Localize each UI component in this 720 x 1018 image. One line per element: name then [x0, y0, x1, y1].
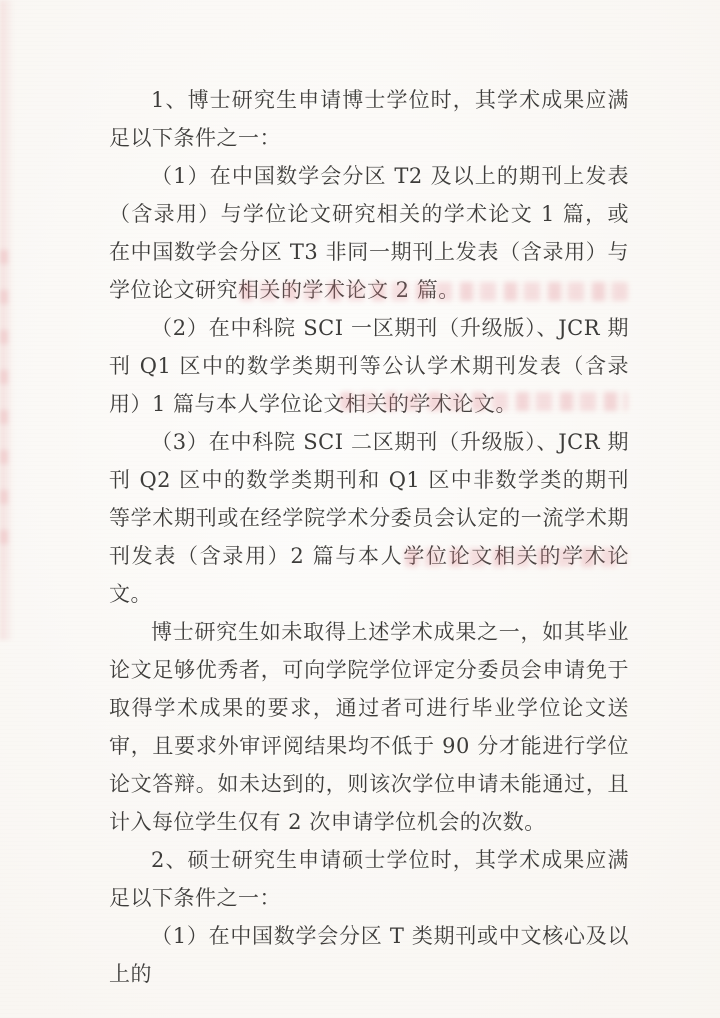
- paragraph-master-intro: 2、硕士研究生申请硕士学位时，其学术成果应满足以下条件之一：: [109, 841, 629, 917]
- paragraph-phd-condition-2: （2）在中科院 SCI 一区期刊（升级版）、JCR 期刊 Q1 区中的数学类期刊…: [109, 309, 629, 423]
- document-text-block: 1、博士研究生申请博士学位时，其学术成果应满足以下条件之一： （1）在中国数学会…: [109, 81, 629, 993]
- paragraph-phd-condition-1: （1）在中国数学会分区 T2 及以上的期刊上发表（含录用）与学位论文研究相关的学…: [109, 157, 629, 309]
- paragraph-master-condition-1: （1）在中国数学会分区 T 类期刊或中文核心及以上的: [109, 917, 629, 993]
- document-page: 1、博士研究生申请博士学位时，其学术成果应满足以下条件之一： （1）在中国数学会…: [0, 0, 720, 1018]
- left-edge-ink-bleed: [0, 0, 14, 640]
- paragraph-phd-condition-3: （3）在中科院 SCI 二区期刊（升级版）、JCR 期刊 Q2 区中的数学类期刊…: [109, 423, 629, 613]
- paragraph-phd-exemption: 博士研究生如未取得上述学术成果之一，如其毕业论文足够优秀者，可向学院学位评定分委…: [109, 613, 629, 841]
- left-edge-ink-bleed-dots: [0, 250, 8, 570]
- paragraph-phd-intro: 1、博士研究生申请博士学位时，其学术成果应满足以下条件之一：: [109, 81, 629, 157]
